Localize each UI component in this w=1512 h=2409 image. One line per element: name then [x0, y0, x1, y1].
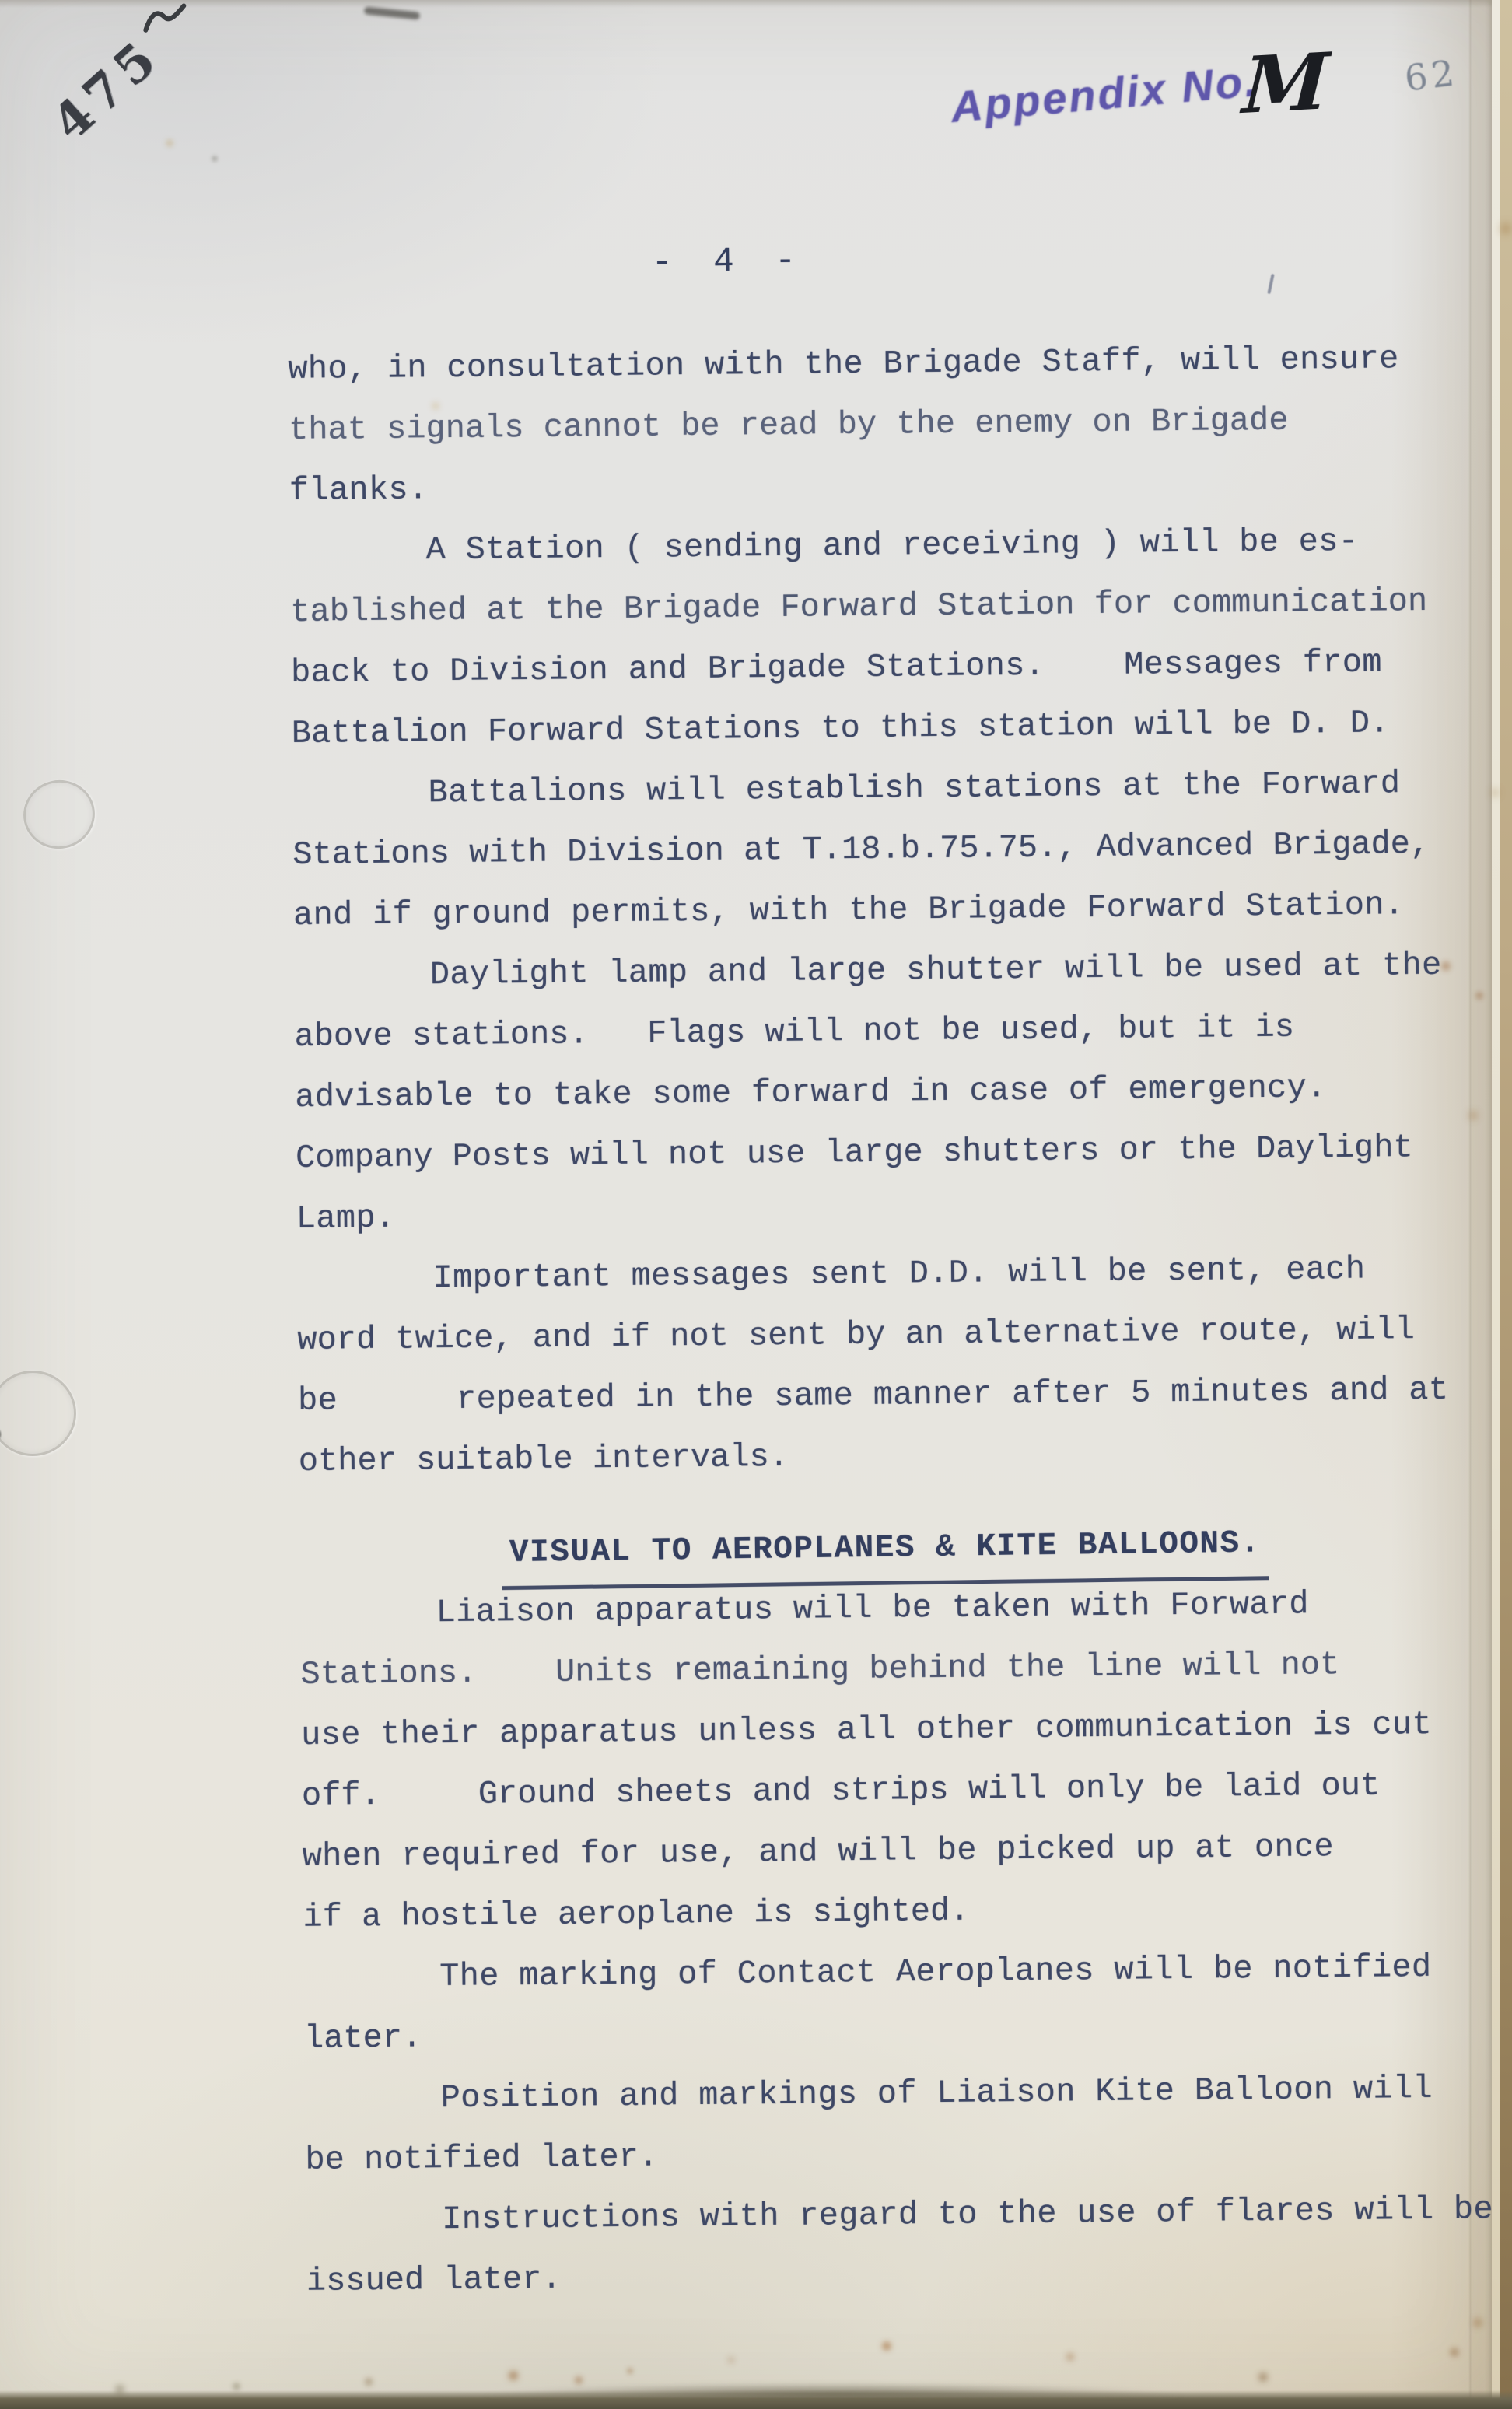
typed-line: use their apparatus unless all other com…	[301, 1693, 1472, 1765]
document-page: 475 Appendix No. M 62 - 4 - who, in cons…	[0, 0, 1512, 2409]
typed-line: Battalions will establish stations at th…	[292, 753, 1463, 825]
typed-text-block: who, in consultation with the Brigade St…	[288, 328, 1477, 2312]
typed-line: be repeated in the same manner after 5 m…	[298, 1359, 1469, 1430]
paper-right-edge	[1500, 0, 1512, 2409]
folio-number: 62	[1402, 51, 1461, 100]
pen-tick-mark	[1267, 274, 1274, 294]
paragraph: A Station ( sending and receiving ) will…	[289, 510, 1462, 764]
typed-line: off. Ground sheets and strips will only …	[302, 1754, 1473, 1826]
archive-number-stamp: 475	[41, 27, 171, 152]
typed-line: when required for use, and will be picke…	[302, 1815, 1473, 1886]
page-number: - 4 -	[652, 242, 796, 283]
paragraph: Position and markings of Liaison Kite Ba…	[304, 2057, 1475, 2190]
ink-smudge-mark	[364, 6, 421, 19]
typed-line: be notified later.	[305, 2118, 1476, 2190]
appendix-stamp: Appendix No.	[949, 55, 1261, 132]
typed-line: Important messages sent D.D. will be sen…	[296, 1238, 1468, 1309]
handwritten-appendix-letter: M	[1241, 35, 1332, 131]
typed-line: The marking of Contact Aeroplanes will b…	[303, 1936, 1475, 2008]
typed-line: Position and markings of Liaison Kite Ba…	[304, 2057, 1475, 2129]
paragraph: Daylight lamp and large shutter will be …	[293, 935, 1467, 1249]
typed-line: if a hostile aeroplane is sighted.	[303, 1875, 1474, 1947]
foxing-stains	[0, 0, 6, 6]
ink-squiggle-mark	[140, 1, 191, 38]
typed-line: Instructions with regard to the use of f…	[306, 2179, 1477, 2250]
typed-line: other suitable intervals.	[298, 1420, 1469, 1491]
typed-line: issued later.	[306, 2239, 1478, 2311]
typed-line: word twice, and if not sent by an altern…	[297, 1298, 1468, 1370]
typed-line: Liaison apparatus will be taken with For…	[299, 1572, 1471, 1644]
typed-line: that signals cannot be read by the enemy…	[289, 389, 1460, 460]
typed-line: Lamp.	[296, 1178, 1467, 1249]
paragraph: who, in consultation with the Brigade St…	[288, 328, 1460, 521]
paragraph: Liaison apparatus will be taken with For…	[299, 1572, 1473, 1947]
typed-line: Daylight lamp and large shutter will be …	[293, 935, 1465, 1007]
typed-line: back to Division and Brigade Stations. M…	[291, 632, 1462, 703]
typed-line: tablished at the Brigade Forward Station…	[290, 571, 1461, 643]
typed-line: advisable to take some forward in case o…	[295, 1056, 1466, 1128]
punch-hole-impression-bottom	[0, 1371, 76, 1456]
paragraph: Battalions will establish stations at th…	[292, 753, 1464, 946]
punch-hole-impression-top	[17, 773, 101, 855]
typed-line: above stations. Flags will not be used, …	[294, 996, 1465, 1067]
section-heading-row: VISUAL TO AEROPLANES & KITE BALLOONS.	[299, 1511, 1471, 1583]
paper-bottom-edge	[0, 2390, 1512, 2409]
typed-line: A Station ( sending and receiving ) will…	[289, 510, 1461, 582]
paper-top-edge-shadow	[0, 0, 1512, 8]
typed-line: later.	[304, 1997, 1475, 2068]
typed-line: flanks.	[289, 450, 1460, 521]
typed-line: Company Posts will not use large shutter…	[296, 1117, 1467, 1189]
typed-line: Battalion Forward Stations to this stati…	[291, 692, 1462, 764]
typed-line: Stations. Units remaining behind the lin…	[300, 1633, 1472, 1704]
typed-line: and if ground permits, with the Brigade …	[293, 874, 1465, 946]
paragraph: The marking of Contact Aeroplanes will b…	[303, 1936, 1475, 2068]
typed-line: Stations with Division at T.18.b.75.75.,…	[292, 814, 1464, 885]
paragraph: Instructions with regard to the use of f…	[306, 2179, 1477, 2311]
typed-line: who, in consultation with the Brigade St…	[288, 328, 1459, 400]
paragraph: Important messages sent D.D. will be sen…	[296, 1238, 1469, 1491]
